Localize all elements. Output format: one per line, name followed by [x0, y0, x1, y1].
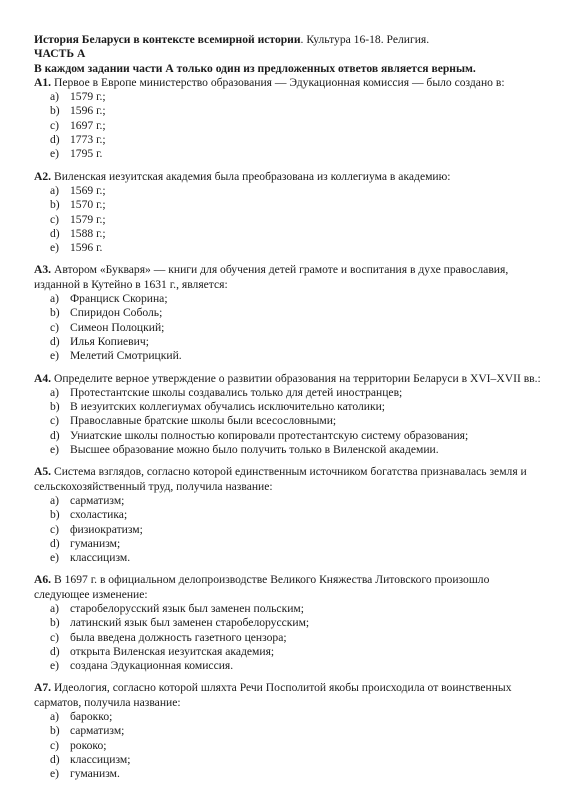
option-letter: d)	[50, 537, 60, 551]
answer-option: a)барокко;	[34, 710, 544, 724]
option-letter: b)	[50, 724, 60, 738]
option-text: Спиридон Соболь;	[70, 306, 162, 319]
options-list: a)1569 г.;b)1570 г.;c)1579 г.;d)1588 г.;…	[34, 184, 544, 255]
option-letter: a)	[50, 292, 59, 306]
option-letter: c)	[50, 739, 59, 753]
part-heading: ЧАСТЬ А	[34, 47, 544, 61]
option-letter: e)	[50, 443, 59, 457]
answer-option: a)1569 г.;	[34, 184, 544, 198]
question-4: А4. Определите верное утверждение о разв…	[34, 372, 544, 458]
options-list: a)старобелорусский язык был заменен поль…	[34, 602, 544, 673]
option-letter: e)	[50, 767, 59, 781]
question-stem: А2. Виленская иезуитская академия была п…	[34, 170, 544, 184]
answer-option: c)Симеон Полоцкий;	[34, 321, 544, 335]
answer-option: a)Протестантские школы создавались тольк…	[34, 386, 544, 400]
answer-option: a)1579 г.;	[34, 90, 544, 104]
answer-option: c)1579 г.;	[34, 213, 544, 227]
option-text: Православные братские школы были всесосл…	[70, 414, 336, 427]
option-text: 1795 г.	[70, 147, 102, 160]
option-letter: a)	[50, 184, 59, 198]
question-6: А6. В 1697 г. в официальном делопроизвод…	[34, 573, 544, 673]
question-text: Виленская иезуитская академия была преоб…	[51, 170, 450, 183]
answer-option: c)была введена должность газетного цензо…	[34, 631, 544, 645]
option-letter: a)	[50, 494, 59, 508]
option-letter: b)	[50, 104, 60, 118]
answer-option: e)гуманизм.	[34, 767, 544, 781]
answer-option: d)1773 г.;	[34, 133, 544, 147]
option-text: схоластика;	[70, 508, 127, 521]
answer-option: d)открыта Виленская иезуитская академия;	[34, 645, 544, 659]
answer-option: d)Илья Копиевич;	[34, 335, 544, 349]
question-number: А6.	[34, 573, 51, 586]
answer-option: b)схоластика;	[34, 508, 544, 522]
option-text: была введена должность газетного цензора…	[70, 631, 287, 644]
option-letter: e)	[50, 551, 59, 565]
answer-option: a)старобелорусский язык был заменен поль…	[34, 602, 544, 616]
question-1: А1. Первое в Европе министерство образов…	[34, 76, 544, 162]
answer-option: e)1795 г.	[34, 147, 544, 161]
option-letter: a)	[50, 602, 59, 616]
option-letter: c)	[50, 631, 59, 645]
option-text: В иезуитских коллегиумах обучались исклю…	[70, 400, 385, 413]
option-letter: e)	[50, 241, 59, 255]
option-letter: d)	[50, 429, 60, 443]
questions-list: А1. Первое в Европе министерство образов…	[34, 76, 544, 782]
question-number: А3.	[34, 263, 51, 276]
option-text: Мелетий Смотрицкий.	[70, 349, 182, 362]
option-text: Униатские школы полностью копировали про…	[70, 429, 468, 442]
answer-option: d)гуманизм;	[34, 537, 544, 551]
answer-option: c)физиократизм;	[34, 523, 544, 537]
question-stem: А4. Определите верное утверждение о разв…	[34, 372, 544, 386]
option-letter: c)	[50, 523, 59, 537]
options-list: a)Протестантские школы создавались тольк…	[34, 386, 544, 457]
option-letter: d)	[50, 753, 60, 767]
option-text: Франциск Скорина;	[70, 292, 168, 305]
option-text: гуманизм.	[70, 767, 120, 780]
answer-option: e)Мелетий Смотрицкий.	[34, 349, 544, 363]
option-letter: b)	[50, 306, 60, 320]
option-text: Илья Копиевич;	[70, 335, 149, 348]
answer-option: b)латинский язык был заменен старобелору…	[34, 616, 544, 630]
question-text: Определите верное утверждение о развитии…	[51, 372, 541, 385]
option-letter: d)	[50, 645, 60, 659]
option-letter: c)	[50, 321, 59, 335]
options-list: a)барокко;b)сарматизм;c)рококо;d)классиц…	[34, 710, 544, 781]
document-page: История Беларуси в контексте всемирной и…	[34, 33, 544, 782]
question-3: А3. Автором «Букваря» — книги для обучен…	[34, 263, 544, 363]
answer-option: a)Франциск Скорина;	[34, 292, 544, 306]
question-stem: А3. Автором «Букваря» — книги для обучен…	[34, 263, 544, 292]
question-text: Первое в Европе министерство образования…	[51, 76, 504, 89]
option-text: 1588 г.;	[70, 227, 106, 240]
answer-option: c)Православные братские школы были всесо…	[34, 414, 544, 428]
answer-option: c)1697 г.;	[34, 119, 544, 133]
option-letter: d)	[50, 227, 60, 241]
question-text: В 1697 г. в официальном делопроизводстве…	[34, 573, 489, 600]
answer-option: e)создана Эдукационная комиссия.	[34, 659, 544, 673]
option-letter: b)	[50, 198, 60, 212]
option-text: 1596 г.	[70, 241, 102, 254]
question-2: А2. Виленская иезуитская академия была п…	[34, 170, 544, 256]
option-letter: c)	[50, 213, 59, 227]
option-text: сарматизм;	[70, 724, 124, 737]
option-letter: e)	[50, 147, 59, 161]
option-letter: a)	[50, 90, 59, 104]
option-text: рококо;	[70, 739, 107, 752]
options-list: a)сарматизм;b)схоластика;c)физиократизм;…	[34, 494, 544, 565]
question-number: А2.	[34, 170, 51, 183]
answer-option: e)Высшее образование можно было получить…	[34, 443, 544, 457]
option-letter: e)	[50, 349, 59, 363]
option-letter: a)	[50, 386, 59, 400]
answer-option: d)1588 г.;	[34, 227, 544, 241]
answer-option: e)классицизм.	[34, 551, 544, 565]
question-text: Система взглядов, согласно которой единс…	[34, 465, 527, 492]
question-stem: А6. В 1697 г. в официальном делопроизвод…	[34, 573, 544, 602]
option-text: открыта Виленская иезуитская академия;	[70, 645, 274, 658]
answer-option: a)сарматизм;	[34, 494, 544, 508]
option-text: Протестантские школы создавались только …	[70, 386, 402, 399]
answer-option: d)классицизм;	[34, 753, 544, 767]
option-letter: d)	[50, 335, 60, 349]
option-text: старобелорусский язык был заменен польск…	[70, 602, 304, 615]
option-text: 1579 г.;	[70, 213, 106, 226]
option-text: 1773 г.;	[70, 133, 106, 146]
answer-option: c)рококо;	[34, 739, 544, 753]
option-text: латинский язык был заменен старобелорусс…	[70, 616, 309, 629]
option-letter: a)	[50, 710, 59, 724]
question-number: А1.	[34, 76, 51, 89]
answer-option: b)сарматизм;	[34, 724, 544, 738]
option-text: 1596 г.;	[70, 104, 106, 117]
question-5: А5. Система взглядов, согласно которой е…	[34, 465, 544, 565]
options-list: a)Франциск Скорина;b)Спиридон Соболь;c)С…	[34, 292, 544, 363]
options-list: a)1579 г.;b)1596 г.;c)1697 г.;d)1773 г.;…	[34, 90, 544, 161]
option-text: барокко;	[70, 710, 112, 723]
option-letter: d)	[50, 133, 60, 147]
option-text: гуманизм;	[70, 537, 120, 550]
option-text: классицизм;	[70, 753, 130, 766]
title-rest: . Культура 16-18. Религия.	[301, 33, 430, 46]
document-title: История Беларуси в контексте всемирной и…	[34, 33, 544, 47]
option-text: 1579 г.;	[70, 90, 106, 103]
instruction: В каждом задании части А только один из …	[34, 62, 544, 76]
option-text: 1569 г.;	[70, 184, 106, 197]
question-text: Автором «Букваря» — книги для обучения д…	[34, 263, 508, 290]
option-text: 1697 г.;	[70, 119, 106, 132]
question-stem: А1. Первое в Европе министерство образов…	[34, 76, 544, 90]
answer-option: b)1596 г.;	[34, 104, 544, 118]
question-stem: А5. Система взглядов, согласно которой е…	[34, 465, 544, 494]
option-letter: b)	[50, 616, 60, 630]
option-letter: c)	[50, 119, 59, 133]
option-text: 1570 г.;	[70, 198, 106, 211]
option-text: создана Эдукационная комиссия.	[70, 659, 233, 672]
question-number: А7.	[34, 681, 51, 694]
option-text: Симеон Полоцкий;	[70, 321, 164, 334]
question-7: А7. Идеология, согласно которой шляхта Р…	[34, 681, 544, 781]
answer-option: b)В иезуитских коллегиумах обучались иск…	[34, 400, 544, 414]
option-text: классицизм.	[70, 551, 130, 564]
answer-option: d)Униатские школы полностью копировали п…	[34, 429, 544, 443]
option-text: Высшее образование можно было получить т…	[70, 443, 439, 456]
title-bold: История Беларуси в контексте всемирной и…	[34, 33, 301, 46]
answer-option: b)Спиридон Соболь;	[34, 306, 544, 320]
option-text: физиократизм;	[70, 523, 143, 536]
question-text: Идеология, согласно которой шляхта Речи …	[34, 681, 512, 708]
option-letter: c)	[50, 414, 59, 428]
answer-option: e)1596 г.	[34, 241, 544, 255]
question-stem: А7. Идеология, согласно которой шляхта Р…	[34, 681, 544, 710]
question-number: А4.	[34, 372, 51, 385]
option-text: сарматизм;	[70, 494, 124, 507]
answer-option: b)1570 г.;	[34, 198, 544, 212]
option-letter: e)	[50, 659, 59, 673]
option-letter: b)	[50, 400, 60, 414]
question-number: А5.	[34, 465, 51, 478]
option-letter: b)	[50, 508, 60, 522]
